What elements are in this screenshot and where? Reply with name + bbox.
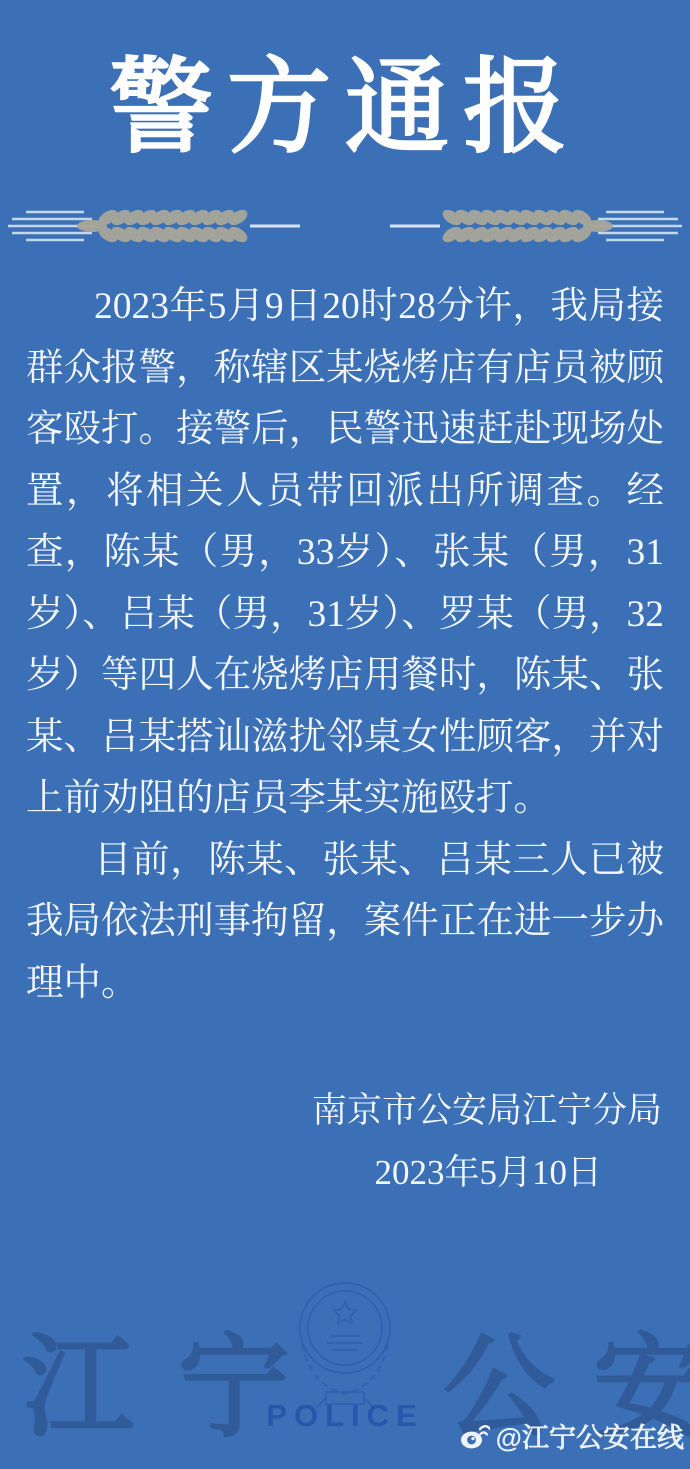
notice-body: 2023年5月9日20时28分许，我局接群众报警，称辖区某烧烤店有店员被顾客殴打… bbox=[26, 276, 664, 1014]
wheat-divider-icon bbox=[0, 196, 690, 256]
weibo-icon bbox=[460, 1422, 490, 1449]
police-notice-poster: 警方通报 bbox=[0, 0, 690, 1469]
weibo-handle: @江宁公安在线 bbox=[496, 1416, 684, 1455]
notice-paragraph: 目前，陈某、张某、吕某三人已被我局依法刑事拘留，案件正在进一步办理中。 bbox=[26, 830, 664, 1015]
notice-title: 警方通报 bbox=[0, 38, 690, 180]
signature-block: 南京市公安局江宁分局 2023年5月10日 bbox=[312, 1080, 662, 1204]
weibo-watermark: @江宁公安在线 bbox=[460, 1416, 684, 1455]
issue-date: 2023年5月10日 bbox=[312, 1142, 662, 1204]
notice-paragraph: 2023年5月9日20时28分许，我局接群众报警，称辖区某烧烤店有店员被顾客殴打… bbox=[26, 276, 664, 830]
issuing-authority: 南京市公安局江宁分局 bbox=[312, 1080, 662, 1142]
